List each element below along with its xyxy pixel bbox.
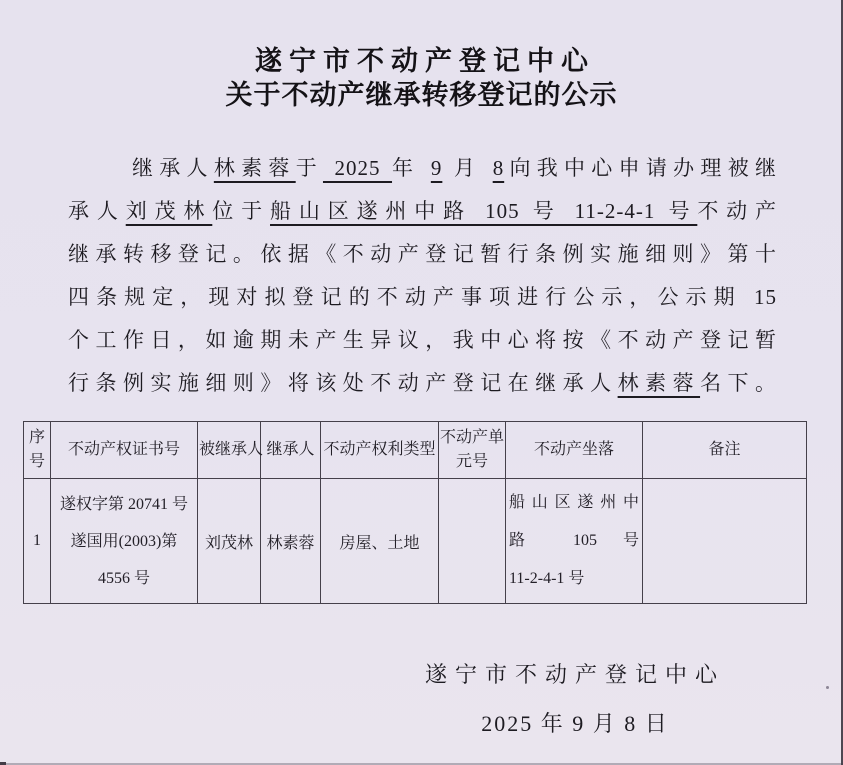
- header-heir: 继承人: [261, 422, 321, 479]
- cell-cert-no: 遂权字第 20741 号 遂国用(2003)第 4556 号: [51, 479, 198, 604]
- cell-seq: 1: [24, 479, 51, 604]
- cert-line-3: 4556 号: [54, 560, 194, 597]
- header-location: 不动产坐落: [506, 422, 643, 479]
- cert-line-1: 遂权字第 20741 号: [54, 486, 194, 523]
- scanned-notice-page: 遂宁市不动产登记中心 关于不动产继承转移登记的公示 继承人林素蓉于 2025 年…: [0, 0, 843, 765]
- scan-speck: [826, 686, 829, 689]
- table-row: 1 遂权字第 20741 号 遂国用(2003)第 4556 号 刘茂林 林素蓉…: [24, 479, 807, 604]
- header-cert-no: 不动产权证书号: [51, 422, 198, 479]
- header-unit-no: 不动产单元号: [439, 422, 506, 479]
- cell-unit-no: [439, 479, 506, 604]
- cell-right-type: 房屋、土地: [321, 479, 439, 604]
- body-line-6: 行条例实施细则》将该处不动产登记在继承人林素蓉名下。: [68, 362, 777, 405]
- body-line-4: 四条规定，现对拟登记的不动产事项进行公示，公示期 15: [68, 276, 777, 319]
- cell-decedent: 刘茂林: [198, 479, 261, 604]
- header-seq: 序号: [24, 422, 51, 479]
- body-line-5: 个工作日，如逾期未产生异议，我中心将按《不动产登记暂: [68, 319, 777, 362]
- title-org-line: 遂宁市不动产登记中心: [0, 44, 843, 78]
- location-line-3: 11-2-4-1 号: [509, 560, 639, 598]
- table-header-row: 序号 不动产权证书号 被继承人 继承人 不动产权利类型 不动产单元号 不动产坐落…: [24, 422, 807, 479]
- body-line-1: 继承人林素蓉于 2025 年 9 月 8向我中心申请办理被继: [68, 147, 777, 190]
- location-line-2: 路 105 号: [509, 522, 639, 560]
- header-right-type: 不动产权利类型: [321, 422, 439, 479]
- header-remark: 备注: [643, 422, 807, 479]
- registration-table: 序号 不动产权证书号 被继承人 继承人 不动产权利类型 不动产单元号 不动产坐落…: [23, 421, 807, 604]
- location-line-1: 船山区遂州中: [509, 484, 639, 522]
- signature-date: 2025 年 9 月 8 日: [350, 707, 800, 738]
- header-decedent: 被继承人: [198, 422, 261, 479]
- signature-org: 遂宁市不动产登记中心: [350, 658, 800, 689]
- cell-heir: 林素蓉: [261, 479, 321, 604]
- cert-line-2: 遂国用(2003)第: [54, 523, 194, 560]
- body-line-3: 继承转移登记。依据《不动产登记暂行条例实施细则》第十: [68, 233, 777, 276]
- document-title: 遂宁市不动产登记中心 关于不动产继承转移登记的公示: [0, 44, 843, 112]
- title-subject-line: 关于不动产继承转移登记的公示: [0, 78, 843, 112]
- notice-body: 继承人林素蓉于 2025 年 9 月 8向我中心申请办理被继 承人刘茂林位于船山…: [68, 147, 777, 405]
- cell-remark: [643, 479, 807, 604]
- body-line-2: 承人刘茂林位于船山区遂州中路 105 号 11-2-4-1 号不动产: [68, 190, 777, 233]
- cell-location: 船山区遂州中 路 105 号 11-2-4-1 号: [506, 479, 643, 604]
